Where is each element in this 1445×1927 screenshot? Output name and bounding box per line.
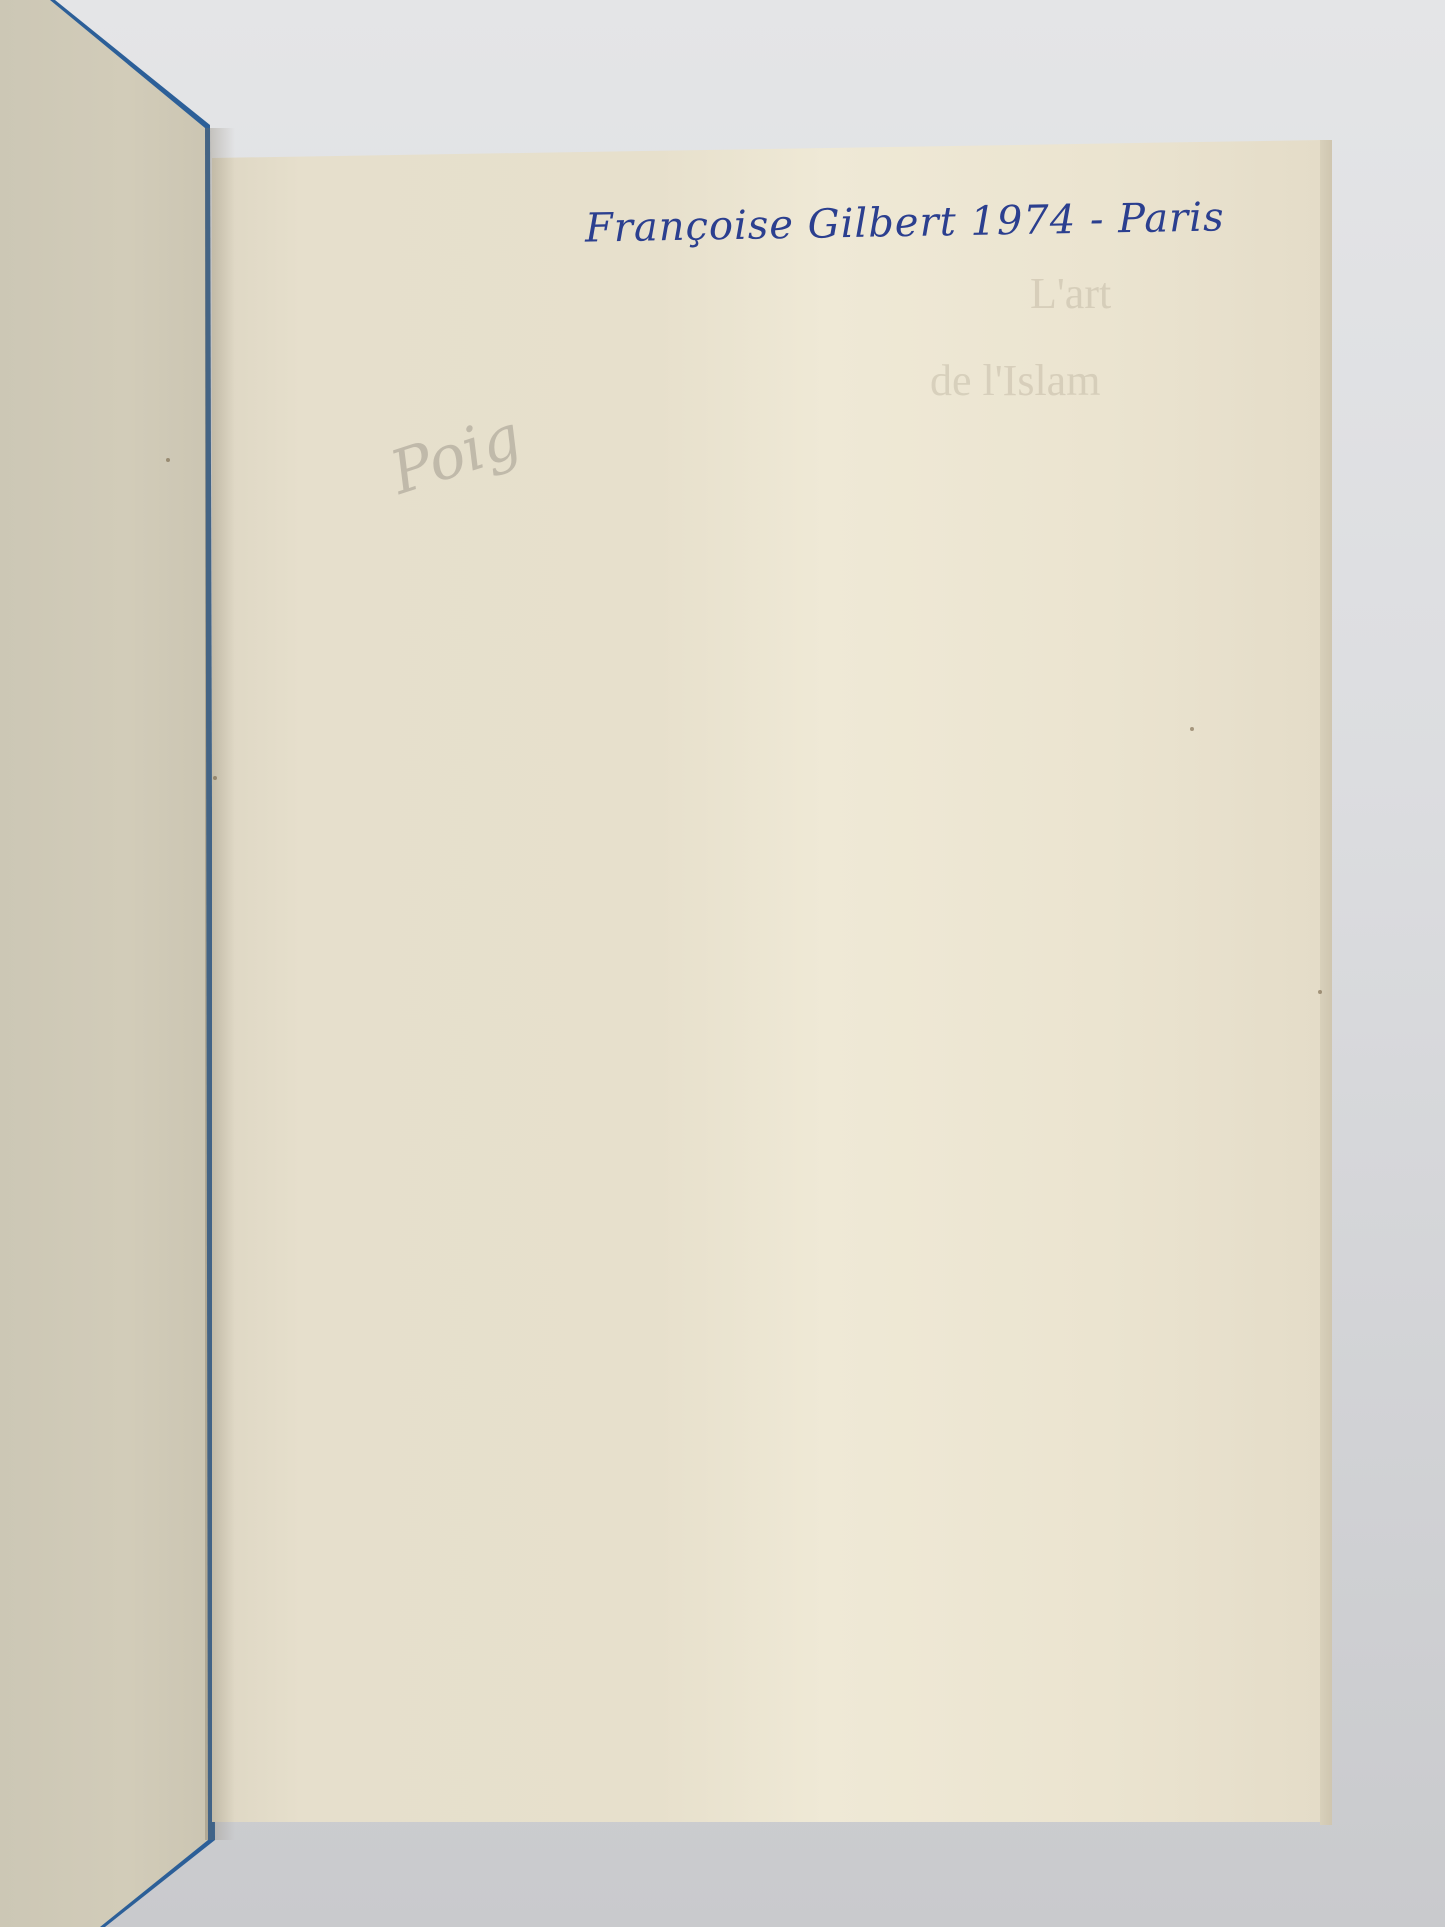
gutter-shadow (205, 128, 235, 1840)
paper-speck (213, 776, 217, 780)
page-block-edge (1320, 140, 1332, 1825)
book-photo: L'art de l'Islam Poig Françoise Gilbert … (0, 0, 1445, 1927)
paper-speck (1318, 990, 1322, 994)
left-endpaper (0, 0, 212, 1927)
flyleaf-page (212, 140, 1327, 1822)
show-through-text-line1: L'art (1030, 268, 1111, 319)
paper-speck (1190, 727, 1194, 731)
paper-speck (166, 458, 170, 462)
show-through-text-line2: de l'Islam (930, 355, 1100, 406)
